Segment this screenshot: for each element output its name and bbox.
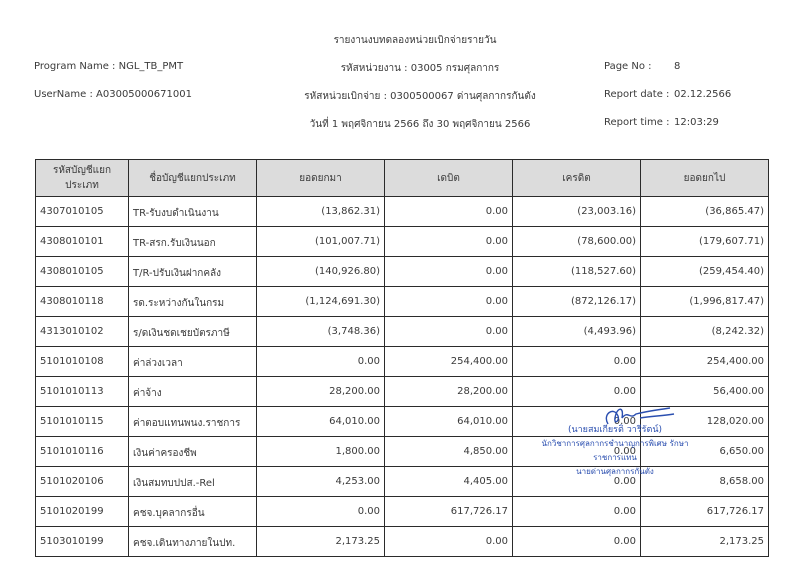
cell-debit: 617,726.17	[385, 497, 513, 527]
cell-account-name: รด.ระหว่างกันในกรม	[129, 287, 257, 317]
cell-credit: 0.00	[513, 347, 641, 377]
header-debit: เดบิต	[385, 160, 513, 197]
table-row: 5103010199คชจ.เดินทางภายในปท.2,173.250.0…	[36, 527, 769, 557]
report-period: วันที่ 1 พฤศจิกายน 2566 ถึง 30 พฤศจิกายน…	[300, 117, 540, 132]
cell-credit: 0.00	[513, 437, 641, 467]
cell-carried-forward: 617,726.17	[641, 497, 769, 527]
cell-brought-forward: (13,862.31)	[257, 197, 385, 227]
cell-brought-forward: 0.00	[257, 347, 385, 377]
cell-brought-forward: (3,748.36)	[257, 317, 385, 347]
cell-account-code: 4313010102	[36, 317, 129, 347]
cell-credit: (872,126.17)	[513, 287, 641, 317]
cell-carried-forward: (259,454.40)	[641, 257, 769, 287]
program-name: Program Name : NGL_TB_PMT	[34, 61, 183, 72]
table-row: 4313010102ร/ดเงินชดเชยบัตรภาษี(3,748.36)…	[36, 317, 769, 347]
cell-account-name: ค่าจ้าง	[129, 377, 257, 407]
cell-account-code: 5101010116	[36, 437, 129, 467]
cell-debit: 4,405.00	[385, 467, 513, 497]
table-row: 4308010105T/R-ปรับเงินฝากคลัง(140,926.80…	[36, 257, 769, 287]
cell-account-code: 4308010101	[36, 227, 129, 257]
cell-debit: 64,010.00	[385, 407, 513, 437]
cell-account-code: 4308010118	[36, 287, 129, 317]
cell-account-code: 5101010108	[36, 347, 129, 377]
report-date: 02.12.2566	[674, 89, 731, 100]
cell-credit: (23,003.16)	[513, 197, 641, 227]
cell-account-code: 5101010115	[36, 407, 129, 437]
cell-brought-forward: (140,926.80)	[257, 257, 385, 287]
header-carried-forward: ยอดยกไป	[641, 160, 769, 197]
user-name: UserName : A03005000671001	[34, 89, 192, 100]
cell-debit: 0.00	[385, 197, 513, 227]
table-row: 5101010108ค่าล่วงเวลา0.00254,400.000.002…	[36, 347, 769, 377]
cell-credit: 0.00	[513, 497, 641, 527]
cell-carried-forward: 254,400.00	[641, 347, 769, 377]
cell-account-code: 4307010105	[36, 197, 129, 227]
cell-account-name: เงินสมทบปปส.-Rel	[129, 467, 257, 497]
table-row: 5101020106เงินสมทบปปส.-Rel4,253.004,405.…	[36, 467, 769, 497]
table-header-row: รหัสบัญชีแยกประเภท ชื่อบัญชีแยกประเภท ยอ…	[36, 160, 769, 197]
header-account-name: ชื่อบัญชีแยกประเภท	[129, 160, 257, 197]
cell-account-name: คชจ.บุคลากรอื่น	[129, 497, 257, 527]
cell-account-name: T/R-ปรับเงินฝากคลัง	[129, 257, 257, 287]
cell-carried-forward: (8,242.32)	[641, 317, 769, 347]
cell-account-code: 5101010113	[36, 377, 129, 407]
report-date-label: Report date :	[604, 89, 669, 100]
cell-brought-forward: 4,253.00	[257, 467, 385, 497]
header-brought-forward: ยอดยกมา	[257, 160, 385, 197]
cell-credit: (78,600.00)	[513, 227, 641, 257]
cell-account-code: 5103010199	[36, 527, 129, 557]
cell-account-name: ค่าล่วงเวลา	[129, 347, 257, 377]
cell-brought-forward: 0.00	[257, 497, 385, 527]
cell-carried-forward: 6,650.00	[641, 437, 769, 467]
cell-account-name: ค่าตอบแทนพนง.ราชการ	[129, 407, 257, 437]
cell-debit: 0.00	[385, 527, 513, 557]
page-no-label: Page No :	[604, 61, 652, 72]
cell-debit: 0.00	[385, 257, 513, 287]
cell-account-code: 5101020199	[36, 497, 129, 527]
header-credit: เครดิต	[513, 160, 641, 197]
cell-account-name: เงินค่าครองชีพ	[129, 437, 257, 467]
cell-credit: (4,493.96)	[513, 317, 641, 347]
cell-debit: 28,200.00	[385, 377, 513, 407]
cell-account-name: TR-รับงบดำเนินงาน	[129, 197, 257, 227]
cell-brought-forward: (1,124,691.30)	[257, 287, 385, 317]
cell-debit: 4,850.00	[385, 437, 513, 467]
cell-brought-forward: (101,007.71)	[257, 227, 385, 257]
cell-carried-forward: 8,658.00	[641, 467, 769, 497]
cell-credit: 0.00	[513, 467, 641, 497]
cell-credit: (118,527.60)	[513, 257, 641, 287]
header-account-code: รหัสบัญชีแยกประเภท	[36, 160, 129, 197]
table-row: 4308010101TR-สรก.รับเงินนอก(101,007.71)0…	[36, 227, 769, 257]
signature	[600, 404, 680, 430]
table-row: 4308010118รด.ระหว่างกันในกรม(1,124,691.3…	[36, 287, 769, 317]
report-time-label: Report time :	[604, 117, 669, 128]
disbursing-unit: รหัสหน่วยเบิกจ่าย : 0300500067 ด่านศุลกา…	[300, 89, 540, 104]
cell-carried-forward: (36,865.47)	[641, 197, 769, 227]
table-row: 4307010105TR-รับงบดำเนินงาน(13,862.31)0.…	[36, 197, 769, 227]
cell-account-code: 4308010105	[36, 257, 129, 287]
cell-carried-forward: 2,173.25	[641, 527, 769, 557]
cell-debit: 0.00	[385, 227, 513, 257]
cell-credit: 0.00	[513, 527, 641, 557]
report-time: 12:03:29	[674, 117, 719, 128]
agency-code: รหัสหน่วยงาน : 03005 กรมศุลกากร	[300, 61, 540, 76]
table-row: 5101010116เงินค่าครองชีพ1,800.004,850.00…	[36, 437, 769, 467]
cell-debit: 0.00	[385, 317, 513, 347]
table-row: 5101010113ค่าจ้าง28,200.0028,200.000.005…	[36, 377, 769, 407]
cell-brought-forward: 1,800.00	[257, 437, 385, 467]
trial-balance-table: รหัสบัญชีแยกประเภท ชื่อบัญชีแยกประเภท ยอ…	[35, 159, 769, 557]
cell-account-code: 5101020106	[36, 467, 129, 497]
page-no: 8	[674, 61, 680, 72]
cell-carried-forward: (179,607.71)	[641, 227, 769, 257]
cell-brought-forward: 2,173.25	[257, 527, 385, 557]
cell-account-name: ร/ดเงินชดเชยบัตรภาษี	[129, 317, 257, 347]
table-row: 5101020199คชจ.บุคลากรอื่น0.00617,726.170…	[36, 497, 769, 527]
cell-debit: 254,400.00	[385, 347, 513, 377]
cell-carried-forward: 56,400.00	[641, 377, 769, 407]
cell-carried-forward: (1,996,817.47)	[641, 287, 769, 317]
cell-account-name: TR-สรก.รับเงินนอก	[129, 227, 257, 257]
cell-account-name: คชจ.เดินทางภายในปท.	[129, 527, 257, 557]
cell-brought-forward: 28,200.00	[257, 377, 385, 407]
cell-debit: 0.00	[385, 287, 513, 317]
cell-brought-forward: 64,010.00	[257, 407, 385, 437]
cell-credit: 0.00	[513, 377, 641, 407]
report-title: รายงานงบทดลองหน่วยเบิกจ่ายรายวัน	[0, 33, 800, 48]
